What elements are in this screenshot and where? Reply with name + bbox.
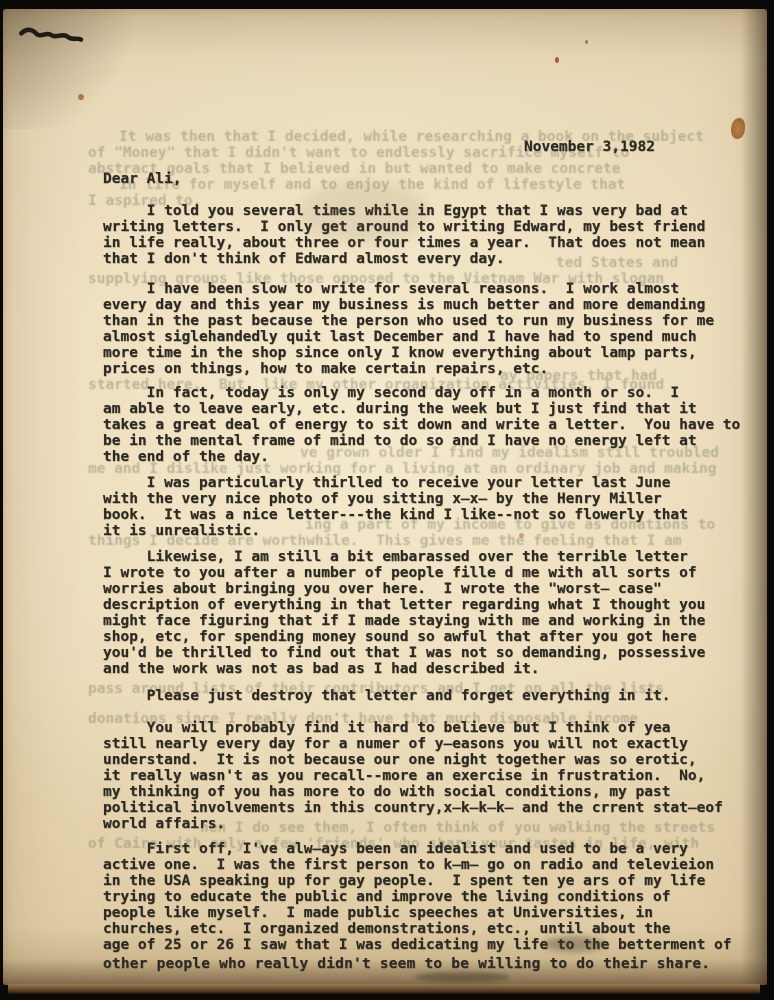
letter-line: Likewise, I am still a bit embarassed ov…	[103, 549, 705, 565]
letter-line: writing letters. I only get around to wr…	[103, 219, 705, 235]
letter-line: You will probably find it hard to believ…	[103, 720, 723, 736]
letter-line: In fact, today is only my second day off…	[103, 385, 740, 401]
letter-body: November 3,1982 Dear Ali, I told you sev…	[0, 0, 774, 1000]
letter-line: that I don't think of Edward almost ever…	[103, 251, 705, 267]
letter-paragraph: Please just destroy that letter and forg…	[103, 688, 670, 704]
letter-line: First off, I've alw̶ays been an idealist…	[103, 841, 732, 857]
letter-line: active one. I was the first person to k̶…	[103, 857, 732, 873]
letter-line: almost siglehandedly quit last December …	[103, 329, 714, 345]
letter-line: might face figuring that if I made stayi…	[103, 613, 705, 629]
letter-line: it is unrealistic.	[103, 523, 688, 539]
letter-line: still nearly every day for a numer of y̶…	[103, 736, 723, 752]
letter-line: trying to educate the public and improve…	[103, 889, 732, 905]
letter-line: world affairs.	[103, 816, 723, 832]
letter-line: the end of the day.	[103, 449, 740, 465]
letter-line: worries about bringing you over here. I …	[103, 581, 705, 597]
letter-line: takes a great deal of energy to sit down…	[103, 417, 740, 433]
letter-photo: It was then that I decided, while resear…	[0, 0, 774, 1000]
letter-line: book. It was a nice letter---the kind I …	[103, 507, 688, 523]
letter-line: more time in the shop since only I know …	[103, 345, 714, 361]
letter-line: I have been slow to write for several re…	[103, 281, 714, 297]
letter-line: in the USA speaking up for gay people. I…	[103, 873, 732, 889]
letter-line: I wrote to you after a number of people …	[103, 565, 705, 581]
letter-paragraph: You will probably find it hard to believ…	[103, 720, 723, 832]
letter-line: shop, etc, for spending money sound so a…	[103, 629, 705, 645]
letter-line: than in the past because the person who …	[103, 313, 714, 329]
letter-paragraph: Likewise, I am still a bit embarassed ov…	[103, 549, 705, 677]
letter-line: churches, etc. I organized demonstration…	[103, 921, 732, 937]
letter-line: other people who really didn't seem to b…	[103, 956, 710, 972]
letter-line: I told you several times while in Egypt …	[103, 203, 705, 219]
letter-paragraph: In fact, today is only my second day off…	[103, 385, 740, 465]
letter-paragraph: First off, I've alw̶ays been an idealist…	[103, 841, 732, 953]
letter-paragraph: I have been slow to write for several re…	[103, 281, 714, 377]
letter-paragraph: I told you several times while in Egypt …	[103, 203, 705, 267]
letter-line: be in the mental frame of mind to do so …	[103, 433, 740, 449]
letter-line: and the work was not as bad as I had des…	[103, 661, 705, 677]
letter-line: you'd be thrilled to find out that I was…	[103, 645, 705, 661]
letter-line: age of 25 or 26 I saw that I was dedicat…	[103, 937, 732, 953]
letter-paragraph: other people who really didn't seem to b…	[103, 956, 710, 972]
letter-line: with the very nice photo of you sitting …	[103, 491, 688, 507]
letter-line: in life really, about three or four time…	[103, 235, 705, 251]
letter-line: understand. It is not because our one ni…	[103, 752, 723, 768]
letter-line: my thinking of you has more to do with s…	[103, 784, 723, 800]
letter-salutation: Dear Ali,	[103, 171, 182, 187]
letter-line: Please just destroy that letter and forg…	[103, 688, 670, 704]
letter-line: I was particularly thirlled to receive y…	[103, 475, 688, 491]
letter-line: it really wasn't as you recall--more an …	[103, 768, 723, 784]
letter-line: people like myself. I made public speech…	[103, 905, 732, 921]
letter-line: description of everything in that letter…	[103, 597, 705, 613]
letter-line: every day and this year my business is m…	[103, 297, 714, 313]
letter-date: November 3,1982	[524, 139, 655, 155]
letter-paragraph: I was particularly thirlled to receive y…	[103, 475, 688, 539]
letter-line: political involvements in this country,x…	[103, 800, 723, 816]
letter-line: am able to leave early, etc. during the …	[103, 401, 740, 417]
letter-line: prices on things, how to make certain re…	[103, 361, 714, 377]
